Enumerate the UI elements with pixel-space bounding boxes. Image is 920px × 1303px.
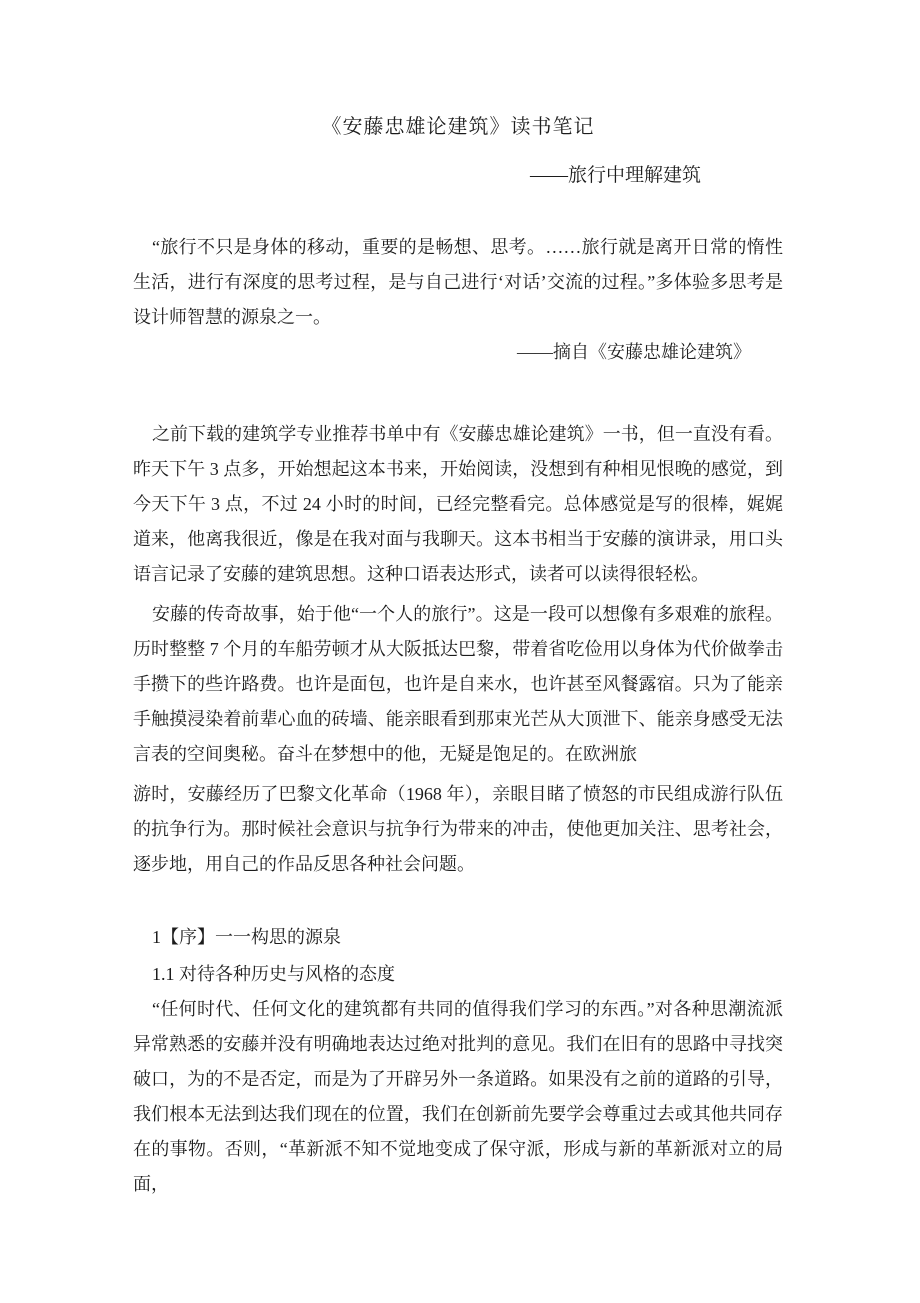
document-subtitle: ——旅行中理解建筑 xyxy=(133,158,783,193)
document-page: 《安藤忠雄论建筑》读书笔记 ——旅行中理解建筑 “旅行不只是身体的移动，重要的是… xyxy=(0,0,920,1303)
quote-attribution: ——摘自《安藤忠雄论建筑》 xyxy=(133,335,783,370)
body-paragraph-2-continued: 游时，安藤经历了巴黎文化革命（1968 年），亲眼目睹了愤怒的市民组成游行队伍的… xyxy=(133,777,783,882)
section-heading-1-1: 1.1 对待各种历史与风格的态度 xyxy=(152,957,783,992)
body-paragraph-2: 安藤的传奇故事，始于他“一个人的旅行”。这是一段可以想像有多艰难的旅程。历时整整… xyxy=(133,597,783,772)
quote-paragraph: “旅行不只是身体的移动，重要的是畅想、思考。……旅行就是离开日常的惰性生活，进行… xyxy=(133,230,783,335)
section-heading-preface: 1【序】一一构思的源泉 xyxy=(152,920,783,955)
body-paragraph-1: 之前下载的建筑学专业推荐书单中有《安藤忠雄论建筑》一书，但一直没有看。昨天下午 … xyxy=(133,417,783,592)
body-paragraph-3: “任何时代、任何文化的建筑都有共同的值得我们学习的东西。”对各种思潮流派异常熟悉… xyxy=(133,992,783,1202)
document-title: 《安藤忠雄论建筑》读书笔记 xyxy=(133,112,783,142)
